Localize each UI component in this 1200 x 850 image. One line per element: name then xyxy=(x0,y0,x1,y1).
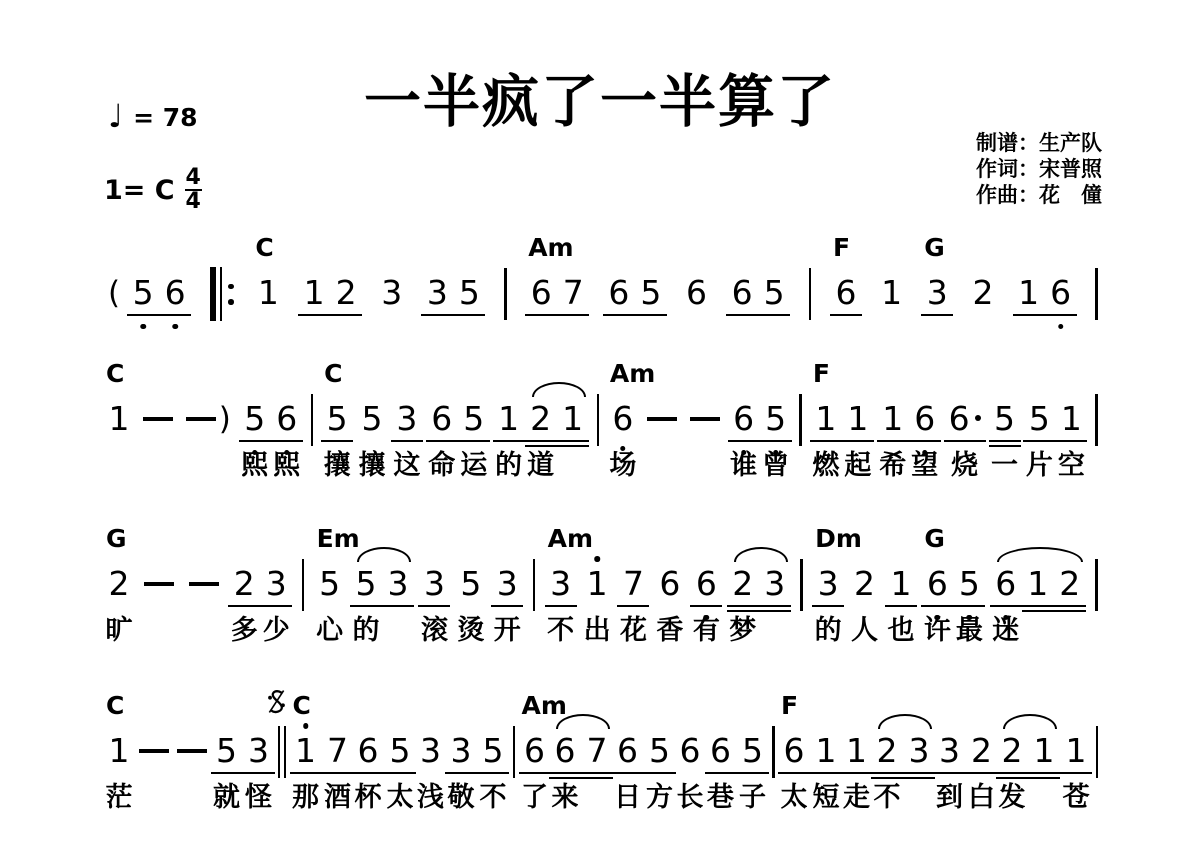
chord-name: Em xyxy=(317,525,360,552)
double-barline xyxy=(278,726,286,778)
beam-underline xyxy=(549,772,581,775)
note-digit: 1 xyxy=(587,563,608,605)
lyric-syllable: 曾 xyxy=(762,451,789,481)
note-digit: 3 xyxy=(818,563,839,605)
note-digit: 2 xyxy=(336,272,357,314)
beam-underline xyxy=(727,605,759,608)
time-signature-top: 4 xyxy=(185,168,200,188)
lyric-syllable: 多 xyxy=(231,616,258,646)
lyric-syllable: 烧 xyxy=(951,451,978,481)
note-digit: 1 xyxy=(1034,730,1055,772)
sheet-music-page: 一半疯了一半算了 ♩ = 78 1= C 4 4 制谱：生产队 作词：宋普照 作… xyxy=(0,0,1200,850)
notes-row: 1C)5熙6熙5攘C5攘3这6命5运1的2道16场Am6谁5曾1燃1起F1希6望… xyxy=(108,398,1098,442)
beamed-note-group: 6太1短F xyxy=(783,730,837,774)
beam-underline xyxy=(1054,605,1086,608)
beam-underline xyxy=(778,772,810,775)
jianpu-note: 2多 xyxy=(233,563,255,607)
barline xyxy=(1095,394,1098,446)
slur-arc xyxy=(734,547,788,562)
jianpu-note: 1也 xyxy=(890,563,912,607)
beamed-note-group: 67Am xyxy=(530,272,584,316)
jianpu-note: 5心Em xyxy=(319,563,341,607)
slur-arc xyxy=(532,382,586,397)
lyric-syllable: 梦 xyxy=(729,616,756,646)
jianpu-note: 6熙 xyxy=(276,398,298,442)
note-digit: 3 xyxy=(764,563,785,605)
note-digit: 7 xyxy=(587,730,608,772)
note-digit: 3 xyxy=(927,272,948,314)
note-digit: 6 xyxy=(696,563,717,605)
note-digit: 5 xyxy=(959,563,980,605)
jianpu-note: 3少 xyxy=(265,563,287,607)
beam-underline xyxy=(841,772,873,775)
barline xyxy=(1096,726,1099,778)
lyric-syllable: 白 xyxy=(968,783,995,813)
note-digit: 1 xyxy=(109,398,130,440)
lyric-syllable: 敬 xyxy=(448,783,475,813)
jianpu-note: 2白 xyxy=(971,730,993,774)
lyric-syllable: 太 xyxy=(781,783,808,813)
chord-label: Am xyxy=(528,234,573,261)
lyric-syllable: 燃 xyxy=(812,451,839,481)
jianpu-note: 3浅 xyxy=(420,730,442,774)
note-digit: 6 xyxy=(732,272,753,314)
note-digit: 1 xyxy=(109,730,130,772)
jianpu-note: 3G xyxy=(926,272,948,316)
jianpu-note: 1 xyxy=(1018,272,1040,316)
barline xyxy=(1095,268,1098,320)
note-digit: 7 xyxy=(623,563,644,605)
jianpu-note: 5烫 xyxy=(460,563,482,607)
beam-underline xyxy=(525,445,557,448)
beam-underline xyxy=(1045,314,1077,317)
beamed-note-group: 6命5运 xyxy=(431,398,485,442)
note-digit: 5 xyxy=(483,730,504,772)
beam-underline xyxy=(990,605,1022,608)
chord-label: Dm xyxy=(815,525,862,552)
beam-underline xyxy=(1023,440,1055,443)
jianpu-note: 1 xyxy=(562,398,584,442)
note-digit: 2 xyxy=(1002,730,1023,772)
note-digit: 5 xyxy=(244,398,265,440)
jianpu-note: 1 xyxy=(1033,730,1055,774)
jianpu-note: 1 xyxy=(881,272,903,316)
jianpu-note: 6太 xyxy=(783,730,805,774)
lyric-syllable: 人 xyxy=(851,616,878,646)
jianpu-note: 6了Am xyxy=(524,730,546,774)
beamed-note-group: 65 xyxy=(731,272,785,316)
note-digit: 5 xyxy=(742,730,763,772)
note-digit: 5 xyxy=(327,398,348,440)
lyric-syllable: 杯 xyxy=(355,783,382,813)
beam-underline xyxy=(737,772,769,775)
phrase-paren: ) xyxy=(219,398,231,440)
lyric-syllable: 攘 xyxy=(324,451,351,481)
lyric-syllable: 不 xyxy=(480,783,507,813)
beam-underline xyxy=(903,772,935,775)
jianpu-note: 5熙 xyxy=(244,398,266,442)
chord-label: Am xyxy=(548,525,593,552)
note-digit: 2 xyxy=(877,730,898,772)
jianpu-note: 6 xyxy=(731,272,753,316)
note-digit: 6 xyxy=(165,272,186,314)
jianpu-note: 5最 xyxy=(958,563,980,607)
jianpu-note: 6望 xyxy=(914,398,936,442)
beam-underline xyxy=(557,314,589,317)
beam-underline xyxy=(617,605,649,608)
jianpu-note: 1出 xyxy=(586,563,608,607)
jianpu-note: 1走 xyxy=(846,730,868,774)
note-digit: 6 xyxy=(612,398,633,440)
jianpu-note: 5攘C xyxy=(326,398,348,442)
lyric-syllable: 也 xyxy=(887,616,914,646)
barline xyxy=(772,726,775,778)
jianpu-note: 6场Am xyxy=(612,398,634,442)
lyric-syllable: 望 xyxy=(911,451,938,481)
beam-underline xyxy=(944,440,986,443)
note-digit: 3 xyxy=(909,730,930,772)
beam-underline xyxy=(557,440,589,443)
dash-line xyxy=(647,417,677,421)
beam-underline xyxy=(1055,440,1087,443)
beam-underline xyxy=(581,772,613,775)
beam-underline xyxy=(330,314,362,317)
lyric-syllable: 走 xyxy=(843,783,870,813)
beamed-note-group: 5熙6熙 xyxy=(244,398,298,442)
chord-name: G xyxy=(106,525,127,552)
beam-underline xyxy=(260,605,292,608)
jianpu-note: 5方 xyxy=(649,730,671,774)
note-digit: 2 xyxy=(971,730,992,772)
slur-arc xyxy=(997,547,1083,562)
lyric-syllable: 不 xyxy=(874,783,901,813)
jianpu-note: 7 xyxy=(562,272,584,316)
lyric-syllable: 子 xyxy=(739,783,766,813)
beamed-note-group: 1的2道1 xyxy=(498,398,584,442)
note-digit: 1 xyxy=(890,563,911,605)
lyric-syllable: 方 xyxy=(646,783,673,813)
jianpu-note: 3到 xyxy=(939,730,961,774)
octave-dot-low xyxy=(172,324,178,330)
note-digit: 1 xyxy=(295,730,316,772)
beam-underline xyxy=(1022,605,1054,608)
jianpu-note: 2发 xyxy=(1001,730,1023,774)
lyric-syllable: 的 xyxy=(353,616,380,646)
note-digit: 3 xyxy=(939,730,960,772)
jianpu-note: 6谁 xyxy=(733,398,755,442)
jianpu-note: 6 xyxy=(608,272,630,316)
jianpu-note: 5运 xyxy=(463,398,485,442)
jianpu-note: 3的Dm xyxy=(817,563,839,607)
beamed-note-group: 6杯5太 xyxy=(357,730,411,774)
dash-line xyxy=(189,582,219,586)
lyric-syllable: 心 xyxy=(316,616,343,646)
jianpu-note: 1的 xyxy=(498,398,520,442)
note-digit: 6 xyxy=(555,730,576,772)
note-digit: 5 xyxy=(216,730,237,772)
chord-name: Am xyxy=(610,360,655,387)
beam-underline xyxy=(477,772,509,775)
beam-underline xyxy=(885,605,917,608)
note-digit: 5 xyxy=(1029,398,1050,440)
note-digit: 1 xyxy=(304,272,325,314)
beam-underline xyxy=(290,772,322,775)
lyric-syllable: 了 xyxy=(521,783,548,813)
jianpu-note: 6许 xyxy=(926,563,948,607)
beam-underline xyxy=(727,610,759,613)
beam-underline xyxy=(953,605,985,608)
note-digit: 5 xyxy=(994,398,1015,440)
lyric-syllable: 少 xyxy=(263,616,290,646)
jianpu-note: 2道 xyxy=(530,398,552,442)
note-digit: 5 xyxy=(460,563,481,605)
note-digit: 2 xyxy=(854,563,875,605)
beam-underline xyxy=(525,314,557,317)
segno-icon xyxy=(267,689,286,714)
note-digit: 5 xyxy=(356,563,377,605)
jianpu-note: 5不 xyxy=(482,730,504,774)
note-digit: 5 xyxy=(640,272,661,314)
duration-dash xyxy=(189,563,219,586)
note-digit: 6 xyxy=(733,398,754,440)
beam-underline xyxy=(903,777,935,780)
note-digit: 5 xyxy=(459,272,480,314)
time-signature-bottom: 4 xyxy=(185,192,200,212)
jianpu-note: 5 xyxy=(132,272,154,316)
note-digit: 1 xyxy=(846,730,867,772)
chord-label: F xyxy=(833,234,850,261)
jianpu-note: 3 xyxy=(908,730,930,774)
octave-dot-low xyxy=(140,324,146,330)
lyric-syllable: 开 xyxy=(494,616,521,646)
beamed-note-group: 35 xyxy=(426,272,480,316)
barline xyxy=(513,726,516,778)
chord-name: C xyxy=(293,692,311,719)
beam-underline xyxy=(519,772,551,775)
chord-name: Am xyxy=(548,525,593,552)
dash-line xyxy=(186,417,216,421)
chord-name: G xyxy=(924,525,945,552)
duration-dash xyxy=(139,730,169,753)
beamed-note-group: 65 xyxy=(608,272,662,316)
lyric-syllable: 出 xyxy=(584,616,611,646)
note-digit: 6 xyxy=(1050,272,1071,314)
note-digit: 5 xyxy=(390,730,411,772)
beam-underline xyxy=(1028,777,1060,780)
barline xyxy=(1095,559,1098,611)
jianpu-note: 3 xyxy=(387,563,409,607)
chord-label: C xyxy=(255,234,273,261)
beamed-note-group: 5片1空 xyxy=(1028,398,1082,442)
duration-dash: ) xyxy=(186,398,231,440)
jianpu-note: 5的 xyxy=(355,563,377,607)
jianpu-note: 6巷 xyxy=(710,730,732,774)
beam-underline xyxy=(525,440,557,443)
note-digit: 2 xyxy=(1059,563,1080,605)
jianpu-note: 1苍 xyxy=(1065,730,1087,774)
beamed-note-group: 3到2白 xyxy=(939,730,993,774)
tempo-value: = 78 xyxy=(133,103,197,132)
note-digit: 5 xyxy=(361,398,382,440)
jianpu-note: 3敬 xyxy=(450,730,472,774)
jianpu-note: 5 xyxy=(763,272,785,316)
beamed-note-group: 3敬5不 xyxy=(450,730,504,774)
lyric-syllable: 攘 xyxy=(358,451,385,481)
note-digit: 6 xyxy=(710,730,731,772)
note-digit: 5 xyxy=(133,272,154,314)
beam-underline xyxy=(909,440,941,443)
beamed-note-group: 6许5最G xyxy=(926,563,980,607)
beamed-note-group: (56 xyxy=(108,272,186,316)
jianpu-note: 6 xyxy=(1050,272,1072,316)
jianpu-note: 1C xyxy=(108,398,130,442)
beam-underline xyxy=(271,440,303,443)
jianpu-note: 6香 xyxy=(659,563,681,607)
duration-dash xyxy=(177,730,207,753)
chord-name: F xyxy=(781,692,798,719)
note-digit: 6 xyxy=(995,563,1016,605)
beam-underline xyxy=(996,772,1028,775)
note-digit: 3 xyxy=(550,563,571,605)
jianpu-note: 5太 xyxy=(389,730,411,774)
jianpu-note: 7酒 xyxy=(327,730,349,774)
note-digit: 6 xyxy=(927,563,948,605)
music-system-2: 1C)5熙6熙5攘C5攘3这6命5运1的2道16场Am6谁5曾1燃1起F1希6望… xyxy=(108,398,1098,442)
beam-underline xyxy=(934,772,966,775)
jianpu-note: 1希 xyxy=(882,398,904,442)
beam-underline xyxy=(690,605,722,608)
beam-underline xyxy=(321,440,353,443)
lyric-syllable: 旷 xyxy=(106,616,133,646)
beam-underline xyxy=(211,772,243,775)
chord-name: C xyxy=(324,360,342,387)
lyric-syllable: 谁 xyxy=(730,451,757,481)
note-digit: 3 xyxy=(427,272,448,314)
barline xyxy=(799,394,802,446)
key-signature: 1= C 4 4 xyxy=(104,168,202,212)
lyric-syllable: 有 xyxy=(693,616,720,646)
beam-underline xyxy=(426,440,458,443)
note-digit: 2 xyxy=(972,272,993,314)
lyric-syllable: 空 xyxy=(1058,451,1085,481)
beam-underline xyxy=(159,314,191,317)
lyric-syllable: 许 xyxy=(924,616,951,646)
jianpu-note: 3 xyxy=(426,272,448,316)
chord-label: G xyxy=(106,525,127,552)
note-digit: 6 xyxy=(608,272,629,314)
note-digit: 1 xyxy=(1018,272,1039,314)
note-digit: 6 xyxy=(617,730,638,772)
beamed-note-group: 2多3少 xyxy=(233,563,287,607)
beam-underline xyxy=(421,314,453,317)
note-digit: 6 xyxy=(524,730,545,772)
beamed-note-group: 6谁5曾 xyxy=(733,398,787,442)
beamed-note-group: 5的3 xyxy=(355,563,409,607)
chord-label: Am xyxy=(610,360,655,387)
lyric-syllable: 来 xyxy=(552,783,579,813)
note-digit: 2 xyxy=(530,398,551,440)
note-digit: 6 xyxy=(686,272,707,314)
lyric-syllable: 的 xyxy=(815,616,842,646)
lyric-syllable: 苍 xyxy=(1063,783,1090,813)
lyric-syllable: 短 xyxy=(813,783,840,813)
lyric-syllable: 酒 xyxy=(324,783,351,813)
note-digit: 6 xyxy=(531,272,552,314)
beam-underline xyxy=(996,777,1028,780)
octave-dot-low xyxy=(1058,324,1064,330)
jianpu-note: 1 xyxy=(1027,563,1049,607)
note-digit: 5 xyxy=(319,563,340,605)
lyric-syllable: 道 xyxy=(527,451,554,481)
chord-label: C xyxy=(106,360,124,387)
beam-underline xyxy=(493,440,525,443)
beam-underline xyxy=(418,605,450,608)
beam-underline xyxy=(581,777,613,780)
jianpu-note: 2人 xyxy=(854,563,876,607)
jianpu-note: 1空 xyxy=(1060,398,1082,442)
note-digit: 7 xyxy=(563,272,584,314)
beamed-note-group: 6巷5子 xyxy=(710,730,764,774)
jianpu-note: 2梦 xyxy=(732,563,754,607)
slur-arc xyxy=(357,547,411,562)
beam-underline xyxy=(239,440,271,443)
slur-arc xyxy=(878,714,932,729)
beam-underline xyxy=(445,772,477,775)
beamed-note-group: 16 xyxy=(1018,272,1072,316)
note-digit: 2 xyxy=(109,563,130,605)
jianpu-note: 6命 xyxy=(431,398,453,442)
beam-underline xyxy=(760,440,792,443)
music-system-1: (561C1233567Am656656F13G216 xyxy=(108,272,1098,316)
beam-underline xyxy=(877,440,909,443)
jianpu-note: 2不 xyxy=(876,730,898,774)
credit-line-lyricist: 作词：宋普照 xyxy=(976,156,1102,182)
jianpu-note: 6迷 xyxy=(995,563,1017,607)
chord-label: Em xyxy=(317,525,360,552)
lyric-syllable: 浅 xyxy=(417,783,444,813)
lyric-syllable: 熙 xyxy=(241,451,268,481)
lyric-syllable: 不 xyxy=(547,616,574,646)
beam-underline xyxy=(812,605,844,608)
beam-underline xyxy=(1013,314,1045,317)
jianpu-note: 6来 xyxy=(554,730,576,774)
jianpu-note: 3不Am xyxy=(550,563,572,607)
beam-underline xyxy=(921,314,953,317)
duration-dash xyxy=(690,398,720,421)
dash-line xyxy=(139,749,169,753)
beam-underline xyxy=(726,314,758,317)
beam-underline xyxy=(871,772,903,775)
note-digit: 6 xyxy=(949,398,970,440)
beam-underline xyxy=(842,440,874,443)
beamed-note-group: 6迷12 xyxy=(995,563,1081,607)
beam-underline xyxy=(549,777,581,780)
lyric-syllable: 这 xyxy=(393,451,420,481)
jianpu-note: 5 xyxy=(458,272,480,316)
note-digit: 1 xyxy=(816,730,837,772)
credits: 制谱：生产队 作词：宋普照 作曲：花 僮 xyxy=(976,130,1102,208)
beam-underline xyxy=(603,314,635,317)
chord-name: C xyxy=(255,234,273,261)
note-digit: 1 xyxy=(258,272,279,314)
music-system-3: 2旷G2多3少5心Em5的33滚5烫3开3不Am1出7花6香6有2梦33的Dm2… xyxy=(108,563,1098,607)
note-digit: 3 xyxy=(497,563,518,605)
note-digit: 6 xyxy=(835,272,856,314)
jianpu-note: 1茫C xyxy=(108,730,130,774)
note-digit: 3 xyxy=(424,563,445,605)
duration-dash xyxy=(143,398,173,421)
beamed-note-group: 6来7 xyxy=(554,730,608,774)
